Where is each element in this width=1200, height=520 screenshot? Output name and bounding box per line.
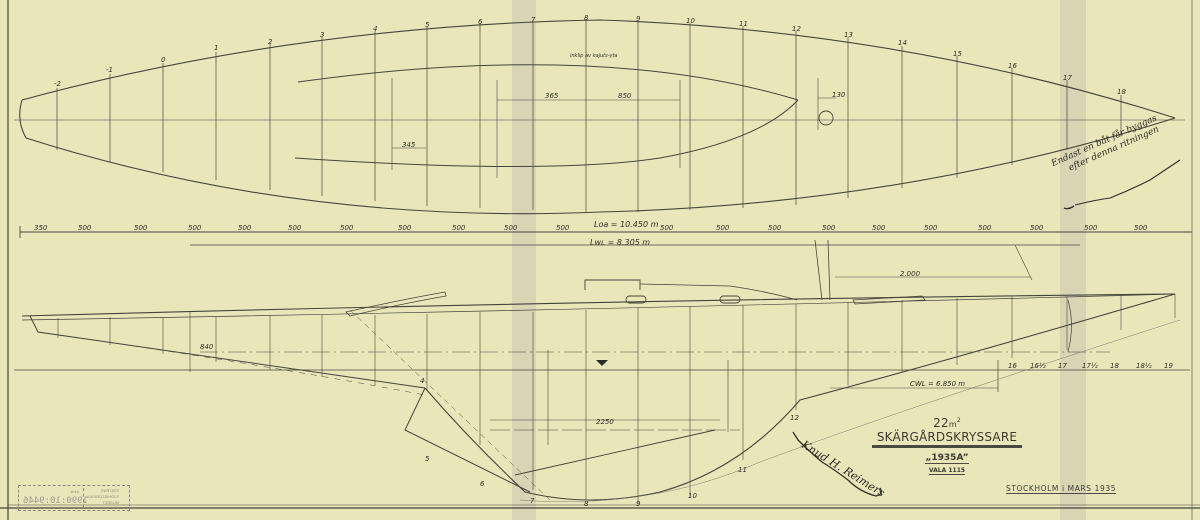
mast-dimension-label: 2.000 [900, 270, 920, 278]
spacing-label: 500 [134, 224, 147, 232]
spacing-label: 500 [1134, 224, 1147, 232]
design-number-text: „1935A” [925, 453, 968, 464]
station-label: 14 [898, 39, 907, 47]
keel-station: 11 [738, 466, 747, 474]
keel-station: 7 [530, 497, 534, 505]
keel-station: 8 [584, 500, 588, 508]
spacing-label: 500 [924, 224, 937, 232]
spacing-label: 500 [872, 224, 885, 232]
title-unit: m [949, 420, 957, 429]
spacing-label: 500 [78, 224, 91, 232]
station-label: -1 [106, 66, 113, 74]
waterline-station: 19 [1164, 362, 1173, 370]
spacing-label: 350 [34, 224, 47, 232]
station-label: 6 [478, 18, 482, 26]
station-label: 5 [425, 21, 429, 29]
waterline-station: 16½ [1030, 362, 1046, 370]
stamp-label: Anm. [71, 489, 80, 494]
station-label: 18 [1117, 88, 1126, 96]
waterline-station: 16 [1008, 362, 1017, 370]
dimension-label: 130 [832, 91, 845, 99]
stamp-line: MUSEET [87, 500, 119, 506]
cockpit-note: inklip av kajuts-yta [570, 53, 617, 59]
spacing-label: 500 [188, 224, 201, 232]
station-label: 8 [584, 14, 588, 22]
title-unit-sup: 2 [957, 417, 961, 424]
station-label: 16 [1008, 62, 1017, 70]
spacing-label: 500 [768, 224, 781, 232]
place-date: STOCKHOLM i MARS 1935 [1006, 484, 1116, 494]
station-label: 13 [844, 31, 853, 39]
dimension-label: 850 [618, 92, 631, 100]
keel-station: 10 [688, 492, 697, 500]
lwl-label: Lᴡʟ = 8.305 m [590, 238, 650, 247]
station-label: 0 [161, 56, 165, 64]
spacing-label: 500 [504, 224, 517, 232]
stamp-left: Anm. 1990:10:9446 [21, 488, 84, 508]
sail-number: VALA 1115 [872, 467, 1022, 474]
spacing-label: 500 [1030, 224, 1043, 232]
station-label: 3 [320, 31, 324, 39]
waterline-station: 17 [1058, 362, 1067, 370]
spacing-label: 500 [660, 224, 673, 232]
station-label: 2 [268, 38, 272, 46]
station-label: 12 [792, 25, 801, 33]
station-label: 4 [373, 25, 377, 33]
spacing-label: 500 [340, 224, 353, 232]
spacing-label: 500 [822, 224, 835, 232]
design-number: „1935A” [872, 453, 1022, 463]
spacing-label: 500 [288, 224, 301, 232]
station-label: 10 [686, 17, 695, 25]
station-label: 15 [953, 50, 962, 58]
loa-label: Loa = 10.450 m [594, 220, 658, 229]
station-label: -2 [54, 80, 61, 88]
title-prefix: 22 [933, 416, 949, 430]
spacing-label: 500 [398, 224, 411, 232]
dimension-label: 365 [545, 92, 558, 100]
spacing-label: 500 [556, 224, 569, 232]
station-label: 9 [636, 15, 640, 23]
keel-station: 5 [425, 455, 429, 463]
dimension-label: 345 [402, 141, 415, 149]
blueprint-sheet: -2 -1 0 1 2 3 4 5 6 7 8 9 10 11 12 13 14… [0, 0, 1200, 520]
spacing-label: 500 [1084, 224, 1097, 232]
archive-stamp: Anm. 1990:10:9446 STATENS SJÖHISTORISKA … [18, 485, 130, 511]
drawing-title: 22m2 SKÄRGÅRDSKRYSSARE [872, 416, 1022, 448]
title-block: 22m2 SKÄRGÅRDSKRYSSARE „1935A” VALA 1115 [872, 416, 1022, 474]
spacing-label: 500 [716, 224, 729, 232]
station-label: 1 [214, 44, 218, 52]
cwl-label: CWL = 6.850 m [910, 380, 965, 388]
station-label: 17 [1063, 74, 1072, 82]
stamp-right: STATENS SJÖHISTORISKA MUSEET [87, 488, 119, 506]
keel-station: 4 [420, 377, 424, 385]
dimension-label: 2250 [596, 418, 614, 426]
title-rest: SKÄRGÅRDSKRYSSARE [877, 430, 1017, 444]
keel-station: 9 [636, 500, 640, 508]
waterline-station: 18 [1110, 362, 1119, 370]
stamp-number: 1990:10:9446 [23, 496, 88, 506]
keel-station: 12 [790, 414, 799, 422]
station-label: 11 [739, 20, 748, 28]
waterline-station: 18½ [1136, 362, 1152, 370]
sail-number-text: VALA 1115 [929, 467, 965, 475]
keel-station: 6 [480, 480, 484, 488]
dimension-label: 840 [200, 343, 213, 351]
spacing-label: 500 [978, 224, 991, 232]
spacing-label: 500 [452, 224, 465, 232]
station-label: 7 [531, 16, 535, 24]
waterline-station: 17½ [1082, 362, 1098, 370]
spacing-label: 500 [238, 224, 251, 232]
